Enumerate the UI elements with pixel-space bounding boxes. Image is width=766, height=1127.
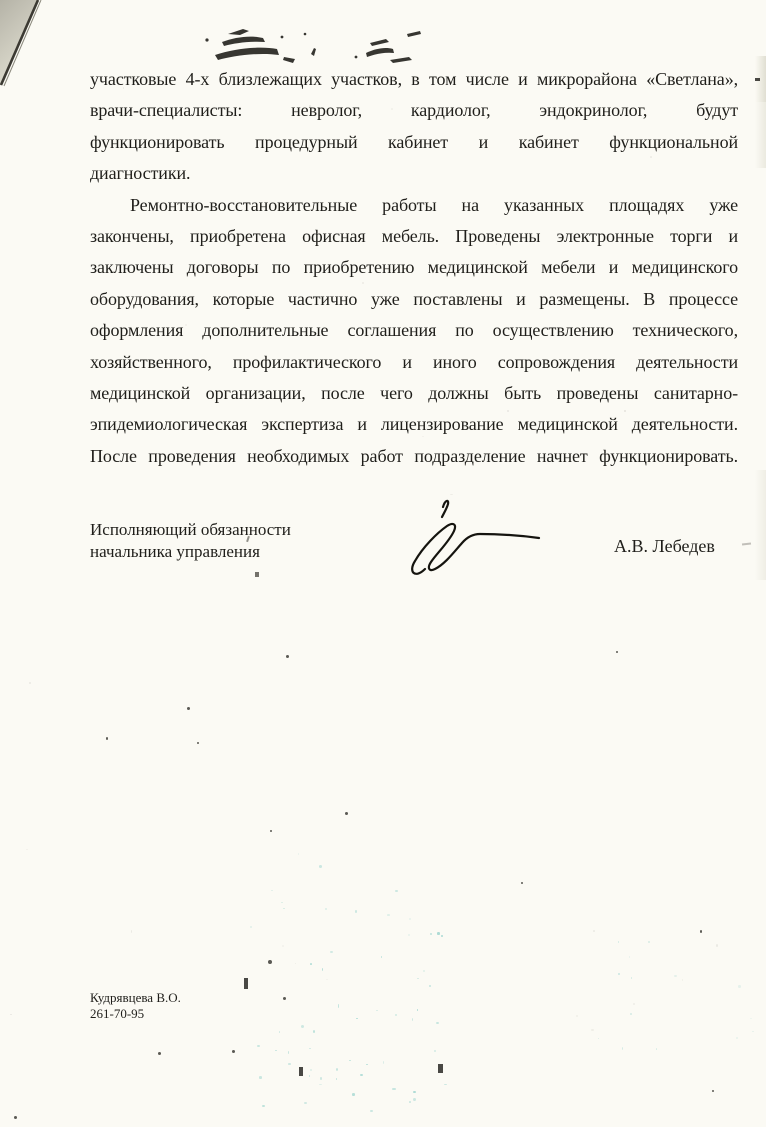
scan-speck: [633, 1003, 635, 1005]
scan-speck: [370, 1110, 373, 1113]
scan-speck: [352, 1093, 355, 1096]
scan-speck: [700, 930, 702, 933]
scan-speck: [330, 951, 333, 953]
scan-edge-strip: [755, 470, 766, 580]
scan-speck: [413, 1091, 415, 1093]
text-line: оформления дополнительные соглашения по …: [90, 315, 738, 346]
pen-tick-artifact: [742, 542, 751, 545]
text-line: медицинской организации, после чего долж…: [90, 378, 738, 409]
scan-speck: [349, 1060, 351, 1061]
scan-speck: [444, 1084, 447, 1086]
scan-speck: [437, 932, 439, 935]
scan-speck: [320, 1077, 322, 1080]
scan-speck: [282, 945, 284, 947]
scan-speck: [29, 682, 31, 684]
scan-speck: [244, 978, 248, 989]
scan-speck: [413, 1098, 416, 1101]
signatory-name: А.В. Лебедев: [614, 536, 715, 557]
scan-speck: [319, 1084, 322, 1086]
scan-speck: [250, 926, 252, 929]
scan-speck: [288, 1051, 289, 1053]
scan-speck: [14, 1116, 17, 1119]
scan-speck: [598, 1038, 599, 1040]
scan-speck: [262, 1105, 265, 1108]
scan-speck: [268, 960, 272, 964]
scan-speck: [383, 1061, 384, 1064]
scan-speck: [752, 1031, 754, 1032]
scan-speck: [322, 968, 323, 971]
text-line: функционировать процедурный кабинет и ка…: [90, 127, 738, 158]
scan-speck: [376, 1010, 378, 1011]
scan-speck: [270, 830, 272, 832]
executor-footer: Кудрявцева В.О. 261-70-95: [90, 990, 181, 1021]
pen-tick-artifact: [255, 572, 259, 577]
scan-speck: [271, 890, 273, 892]
scan-speck: [682, 979, 684, 981]
scan-speck: [319, 865, 322, 868]
scan-edge-strip: [755, 102, 766, 168]
scan-speck: [630, 1013, 632, 1015]
corner-fold-line: [0, 0, 50, 95]
scan-speck: [283, 908, 284, 910]
scan-speck: [275, 1050, 277, 1051]
scan-speck: [750, 1018, 752, 1019]
scan-speck: [738, 985, 740, 988]
scan-speck: [409, 1101, 411, 1103]
handwritten-signature: [403, 495, 563, 590]
scan-speck: [355, 910, 357, 912]
scan-speck: [345, 812, 348, 815]
scan-speck: [650, 156, 651, 158]
scan-speck: [450, 494, 452, 495]
scan-speck: [381, 956, 383, 958]
scan-speck: [298, 853, 299, 855]
scan-speck: [424, 329, 425, 331]
text-line: После проведения необходимых работ подра…: [90, 441, 738, 472]
text-line: участковые 4-х близлежащих участков, в т…: [90, 64, 738, 95]
scan-speck: [259, 1076, 262, 1078]
scan-speck: [629, 956, 630, 958]
scan-speck: [232, 1050, 235, 1053]
scan-speck: [755, 78, 760, 81]
scan-speck: [622, 1047, 623, 1050]
executor-phone: 261-70-95: [90, 1006, 181, 1022]
scan-speck: [507, 410, 509, 412]
text-line: закончены, приобретена офисная мебель. П…: [90, 221, 738, 252]
scan-speck: [187, 707, 190, 710]
scan-speck: [395, 890, 398, 893]
scan-speck: [131, 930, 132, 932]
scan-speck: [362, 282, 364, 284]
scan-speck: [591, 1029, 593, 1031]
text-line: хозяйственного, профилактического и иног…: [90, 347, 738, 378]
scan-speck: [26, 849, 28, 851]
scan-speck: [616, 651, 618, 653]
scan-speck: [434, 1050, 436, 1052]
text-line: эпидемиологическая экспертиза и лицензир…: [90, 409, 738, 440]
scan-speck: [736, 1037, 738, 1039]
scan-speck: [712, 1090, 714, 1092]
scan-speck: [360, 1074, 363, 1077]
scan-speck: [417, 1009, 418, 1011]
scan-speck: [304, 1102, 307, 1104]
scan-speck: [309, 1075, 310, 1077]
executor-name: Кудрявцева В.О.: [90, 990, 181, 1006]
scan-speck: [336, 1068, 338, 1071]
scan-speck: [436, 1022, 439, 1024]
scan-speck: [336, 1078, 337, 1080]
text-line: заключены договоры по приобретению медиц…: [90, 252, 738, 283]
scan-speck: [656, 1048, 657, 1050]
scan-speck: [417, 978, 419, 979]
ink-smudge-artifacts: [180, 12, 430, 70]
scan-speck: [631, 977, 632, 979]
scan-speck: [408, 934, 410, 936]
document-page: участковые 4-х близлежащих участков, в т…: [0, 0, 766, 1127]
scan-speck: [441, 935, 443, 937]
scan-speck: [310, 963, 313, 965]
scan-speck: [313, 1030, 315, 1033]
scan-speck: [618, 941, 619, 943]
letter-body: участковые 4-х близлежащих участков, в т…: [90, 64, 738, 472]
scan-speck: [521, 882, 523, 884]
scan-speck: [409, 918, 410, 920]
scan-speck: [618, 973, 619, 976]
scan-speck: [283, 997, 286, 1000]
text-line: врачи-специалисты: невролог, кардиолог, …: [90, 95, 738, 126]
text-line: Ремонтно-восстановительные работы на ука…: [90, 190, 738, 221]
scan-speck: [674, 975, 677, 977]
scan-speck: [299, 1067, 303, 1076]
scan-speck: [325, 908, 327, 910]
scan-speck: [257, 1045, 260, 1047]
signatory-position: Исполняющий обязанности начальника управ…: [90, 519, 291, 562]
text-line: диагностики.: [90, 158, 738, 189]
scan-speck: [288, 1063, 291, 1064]
scan-speck: [301, 1025, 304, 1028]
scan-speck: [395, 1014, 396, 1015]
scan-speck: [366, 1064, 368, 1066]
signatory-position-line1: Исполняющий обязанности: [90, 519, 291, 541]
scan-speck: [279, 1031, 281, 1034]
scan-speck: [326, 979, 328, 980]
scan-speck: [309, 1048, 311, 1049]
scan-speck: [412, 1018, 413, 1021]
scan-speck: [286, 655, 289, 658]
scan-speck: [197, 742, 199, 744]
scan-speck: [158, 1052, 161, 1055]
scan-speck: [593, 930, 595, 932]
scan-speck: [423, 970, 425, 972]
scan-speck: [106, 737, 108, 740]
scan-speck: [10, 1014, 12, 1015]
scan-speck: [356, 1018, 357, 1020]
scan-speck: [648, 941, 651, 943]
scan-speck: [576, 1015, 578, 1017]
scan-speck: [624, 410, 626, 412]
scan-speck: [716, 944, 718, 947]
scan-speck: [391, 108, 393, 110]
scan-speck: [309, 105, 311, 107]
text-line: оборудования, которые частично уже поста…: [90, 284, 738, 315]
scan-speck: [338, 1004, 339, 1007]
scan-speck: [387, 914, 390, 916]
signatory-position-line2: начальника управления: [90, 541, 291, 563]
scan-speck: [438, 1064, 443, 1073]
scan-speck: [310, 1069, 313, 1071]
scan-speck: [392, 1088, 395, 1090]
scan-speck: [295, 963, 297, 964]
scan-speck: [429, 985, 431, 986]
scan-speck: [430, 933, 432, 936]
scan-speck: [281, 902, 283, 904]
